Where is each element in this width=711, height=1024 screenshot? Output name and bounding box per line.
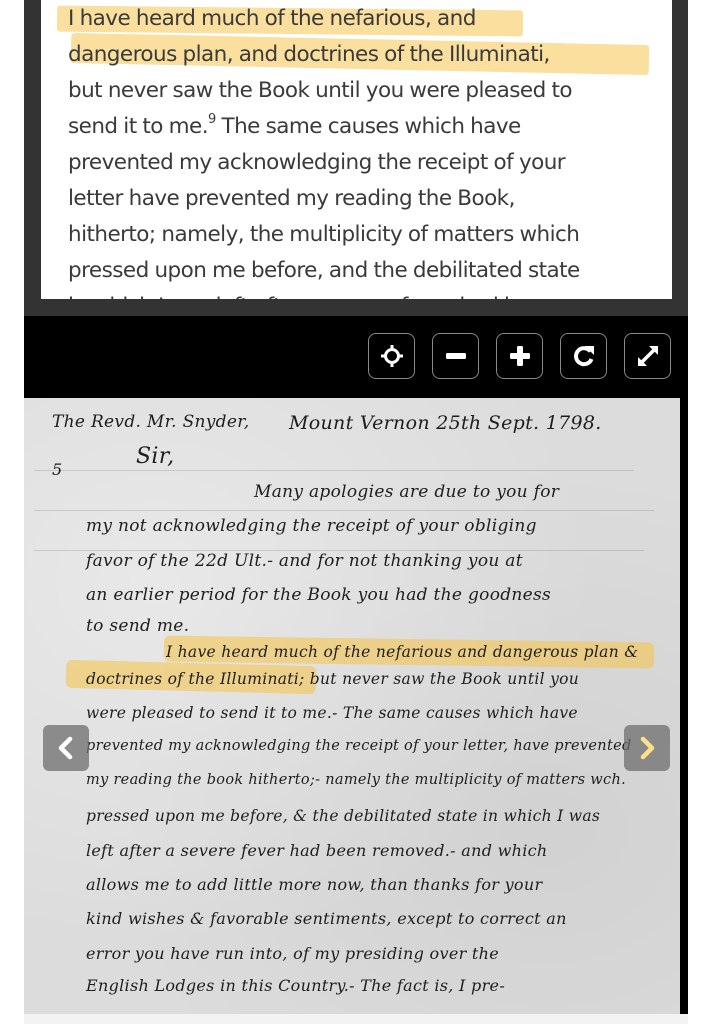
crosshair-icon bbox=[379, 343, 405, 369]
transcript-line: dangerous plan, and doctrines of the Ill… bbox=[68, 37, 658, 73]
rotate-icon bbox=[571, 343, 597, 369]
manuscript-salutation: Sir, bbox=[136, 444, 174, 469]
viewer-toolbar bbox=[368, 333, 671, 379]
zoom-out-button[interactable] bbox=[432, 333, 479, 379]
chevron-right-icon bbox=[636, 735, 658, 761]
manuscript-margin-mark: 5 bbox=[52, 460, 62, 479]
previous-page-button[interactable] bbox=[43, 725, 89, 771]
next-page-button[interactable] bbox=[624, 725, 670, 771]
manuscript-line: pressed upon me before, & the debilitate… bbox=[86, 807, 600, 825]
transcript-line: prevented my acknowledging the receipt o… bbox=[68, 145, 658, 181]
manuscript-line: Many apologies are due to you for bbox=[254, 482, 559, 502]
manuscript-line: favor of the 22d Ult.- and for not thank… bbox=[86, 551, 523, 571]
rotate-button[interactable] bbox=[560, 333, 607, 379]
manuscript-line: kind wishes & favorable sentiments, exce… bbox=[86, 909, 567, 928]
manuscript-line: an earlier period for the Book you had t… bbox=[86, 585, 551, 605]
manuscript-line: my not acknowledging the receipt of your… bbox=[86, 516, 537, 536]
fullscreen-button[interactable] bbox=[624, 333, 671, 379]
minus-icon bbox=[443, 343, 469, 369]
transcript-line-text: The same causes which have bbox=[216, 114, 521, 139]
manuscript-line: error you have run into, of my presiding… bbox=[86, 944, 499, 963]
footnote-link[interactable]: 9 bbox=[208, 112, 216, 127]
manuscript-line: were pleased to send it to me.- The same… bbox=[86, 704, 578, 722]
manuscript-line: allows me to add little more now, than t… bbox=[86, 875, 542, 894]
transcript-line: pressed upon me before, and the debilita… bbox=[68, 253, 658, 289]
transcript-line: but never saw the Book until you were pl… bbox=[68, 73, 658, 109]
plus-icon bbox=[507, 343, 533, 369]
transcript-line: send it to me.9 The same causes which ha… bbox=[68, 109, 658, 145]
manuscript-line: prevented my acknowledging the receipt o… bbox=[86, 738, 632, 754]
manuscript-line: I have heard much of the nefarious and d… bbox=[166, 643, 638, 661]
bottom-strip bbox=[24, 1014, 688, 1024]
manuscript-line: left after a severe fever had been remov… bbox=[86, 841, 548, 860]
transcript-text: I have heard much of the nefarious, and … bbox=[68, 1, 658, 299]
chevron-left-icon bbox=[55, 735, 77, 761]
image-viewer[interactable]: The Revd. Mr. Snyder, Mount Vernon 25th … bbox=[24, 316, 688, 1014]
expand-icon bbox=[635, 343, 661, 369]
bleed-through-line bbox=[34, 470, 634, 471]
manuscript-line: to send me. bbox=[86, 616, 189, 636]
manuscript-line: my reading the book hitherto;- namely th… bbox=[86, 772, 626, 788]
manuscript-image[interactable]: The Revd. Mr. Snyder, Mount Vernon 25th … bbox=[24, 398, 680, 1014]
zoom-in-button[interactable] bbox=[496, 333, 543, 379]
transcript-card: I have heard much of the nefarious, and … bbox=[41, 0, 672, 299]
home-button[interactable] bbox=[368, 333, 415, 379]
manuscript-line: English Lodges in this Country.- The fac… bbox=[86, 976, 505, 995]
transcript-line-text: send it to me. bbox=[68, 114, 208, 139]
manuscript-header-left: The Revd. Mr. Snyder, bbox=[52, 412, 249, 432]
transcript-line: I have heard much of the nefarious, and bbox=[68, 1, 658, 37]
manuscript-header-right: Mount Vernon 25th Sept. 1798. bbox=[289, 412, 602, 434]
transcript-line-clipped: in which I was left after a severe fever… bbox=[68, 289, 658, 299]
transcript-line: hitherto; namely, the multiplicity of ma… bbox=[68, 217, 658, 253]
manuscript-line: doctrines of the Illuminati; but never s… bbox=[86, 670, 579, 688]
transcript-line: letter have prevented my reading the Boo… bbox=[68, 181, 658, 217]
bleed-through-line bbox=[34, 510, 654, 511]
